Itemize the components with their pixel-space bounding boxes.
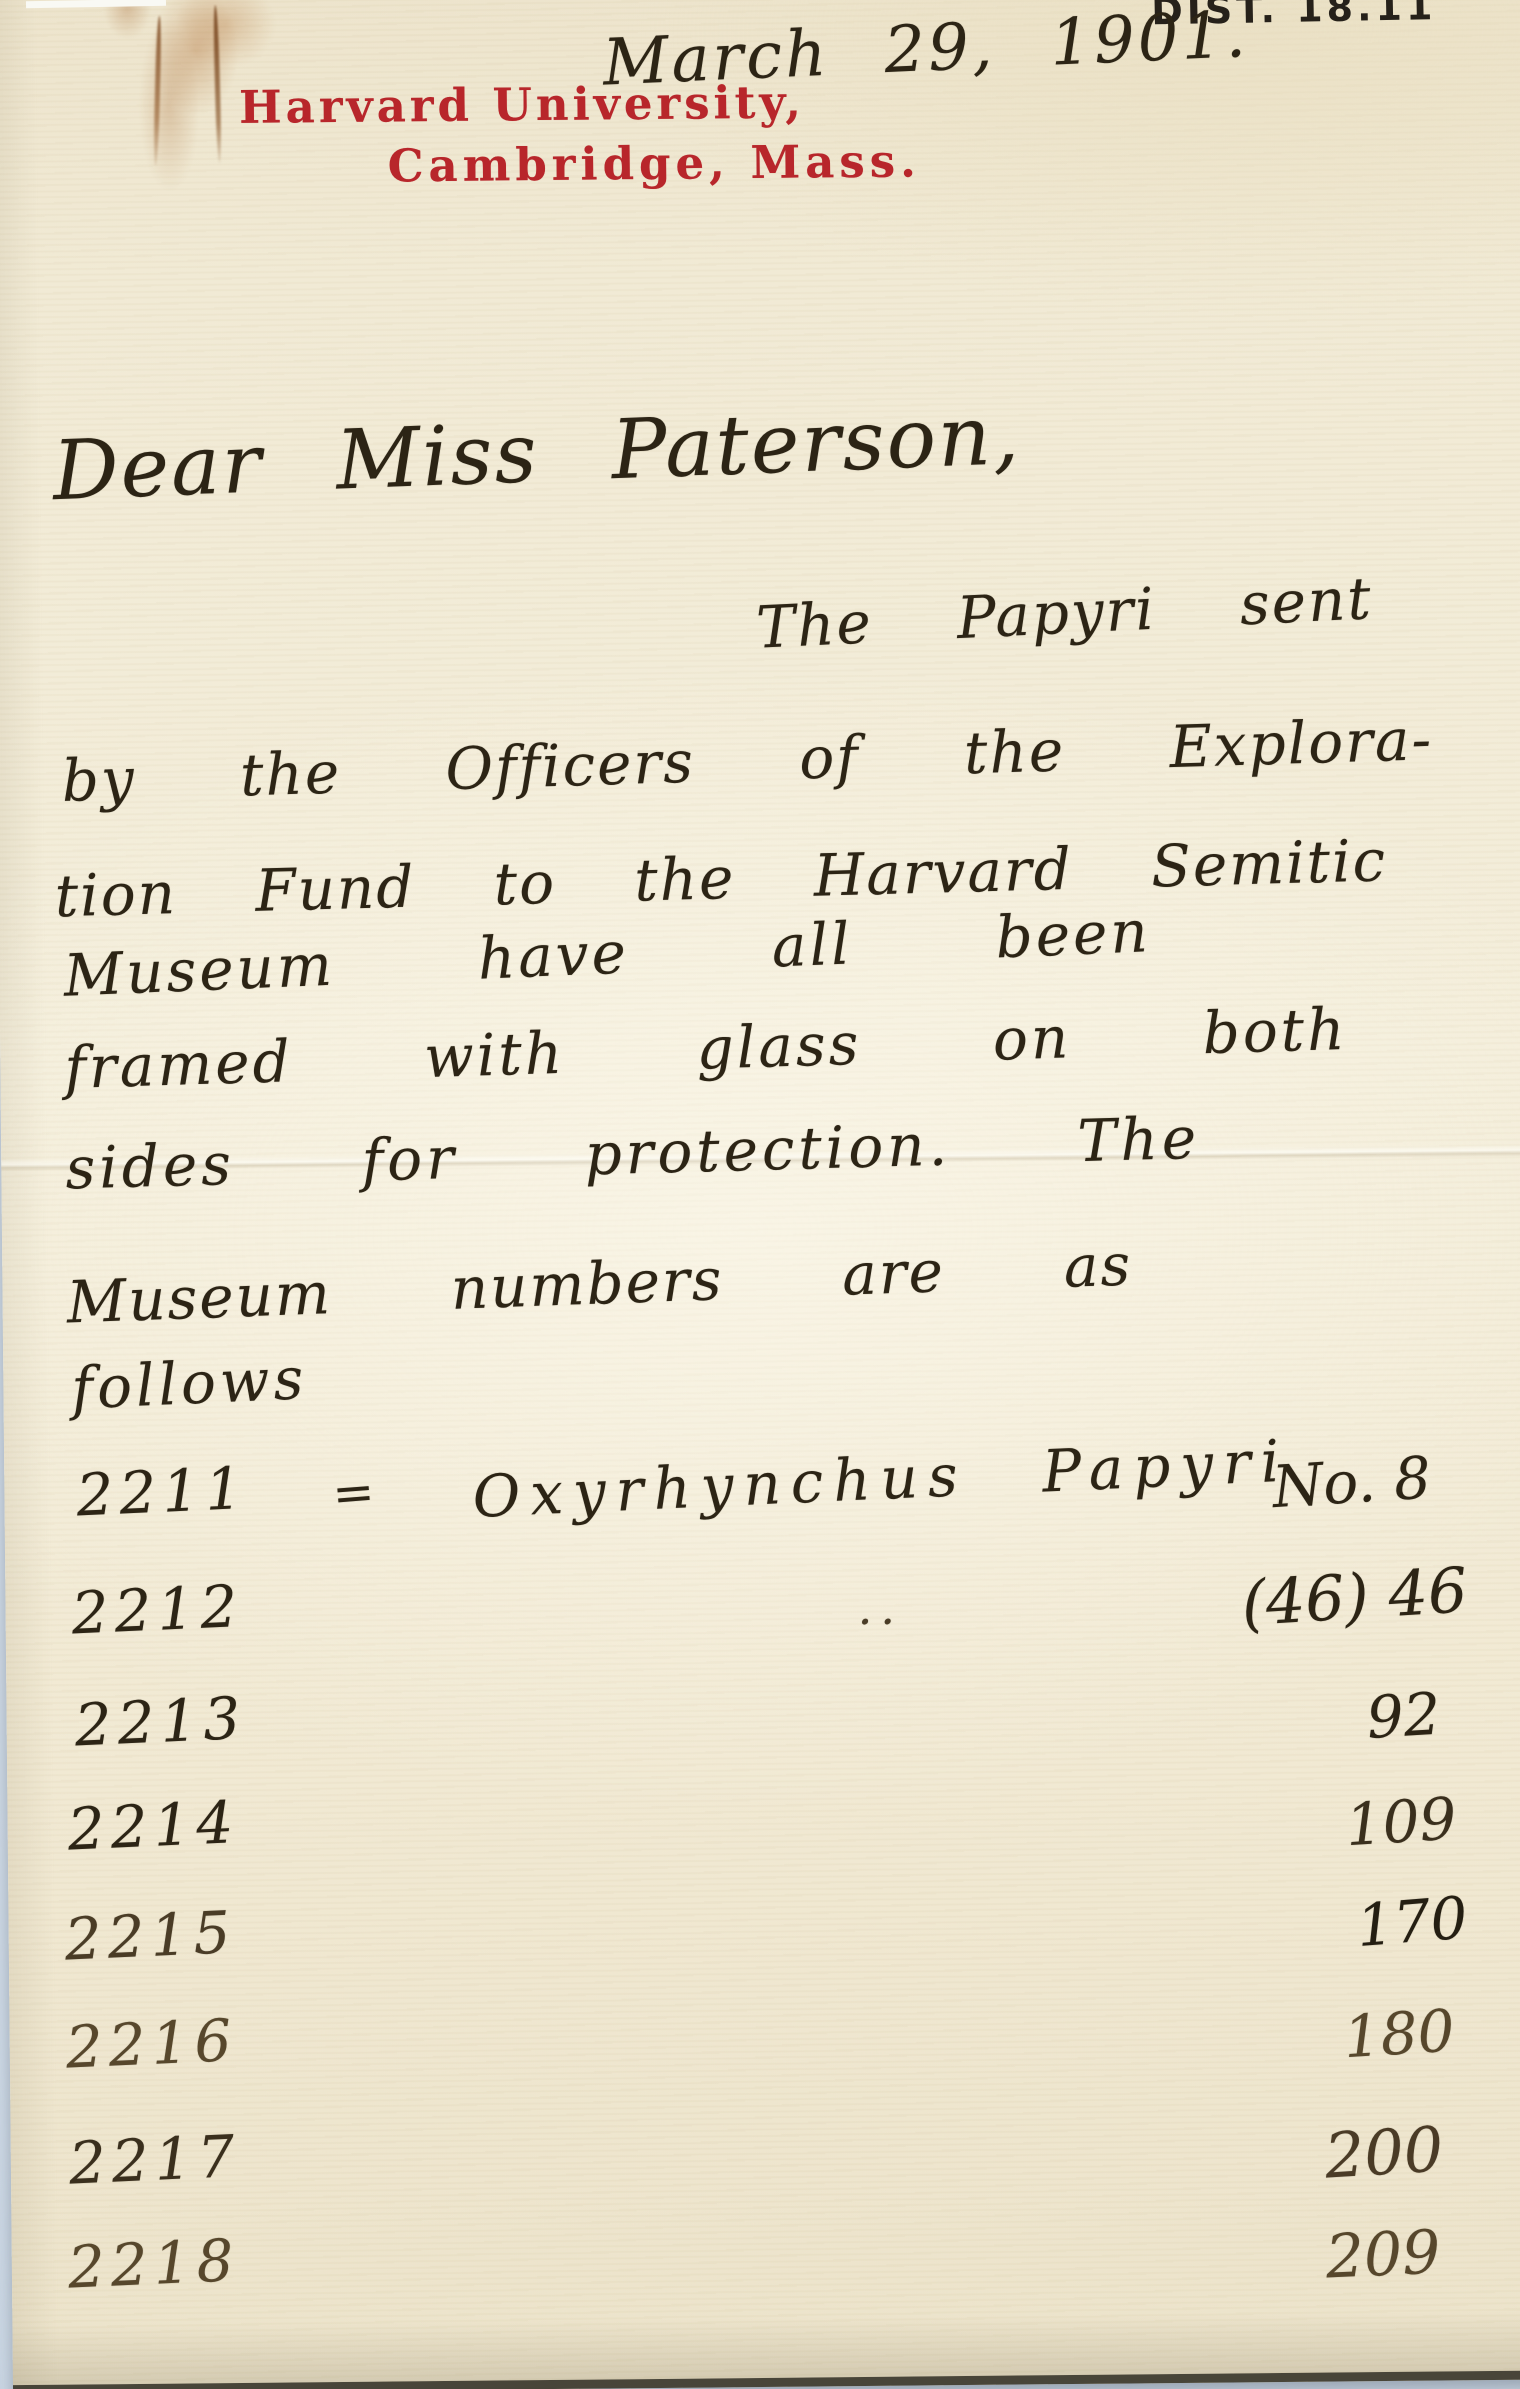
papyri-value: 209: [1324, 2218, 1442, 2293]
papyri-value: (46) 46: [1239, 1553, 1469, 1640]
letter-page: DIST. 18.11 March 29, 1901. Harvard Univ…: [0, 0, 1520, 2389]
body-line: framed with glass on both: [63, 995, 1348, 1102]
museum-number: 2211: [75, 1454, 249, 1530]
letterhead-city: Cambridge, Mass.: [387, 134, 921, 192]
papyri-label: Oxyrhynchus Papyri: [471, 1427, 1290, 1531]
papyri-value: 109: [1344, 1784, 1459, 1859]
museum-number: 2218: [66, 2226, 240, 2302]
museum-number: 2213: [73, 1684, 247, 1760]
museum-number: 2217: [67, 2122, 241, 2198]
body-line: sides for protection. The: [64, 1104, 1200, 1203]
papyri-value: 200: [1323, 2112, 1446, 2192]
scanned-letter-background: { "annotations": { "dist_note": "DIST. 1…: [0, 0, 1520, 2389]
papyri-value: 180: [1342, 1997, 1457, 2072]
museum-number: 2214: [66, 1788, 240, 1864]
papyri-value: 170: [1354, 1883, 1470, 1960]
body-line: follows: [70, 1344, 309, 1422]
ditto-mark: ..: [857, 1581, 903, 1635]
museum-number: 2216: [64, 2006, 238, 2082]
salutation: Dear Miss Paterson,: [51, 388, 1022, 519]
letterhead-university: Harvard University,: [239, 75, 805, 133]
body-line: by the Officers of the Explora-: [61, 705, 1434, 815]
museum-number: 2215: [63, 1898, 237, 1974]
museum-number: 2212: [70, 1572, 244, 1648]
body-line: Museum numbers are as: [66, 1230, 1134, 1336]
papyri-value: 92: [1365, 1680, 1443, 1752]
papyri-value: No. 8: [1270, 1443, 1432, 1521]
equals-sign: =: [330, 1462, 376, 1523]
body-line: The Papyri sent: [755, 564, 1374, 662]
